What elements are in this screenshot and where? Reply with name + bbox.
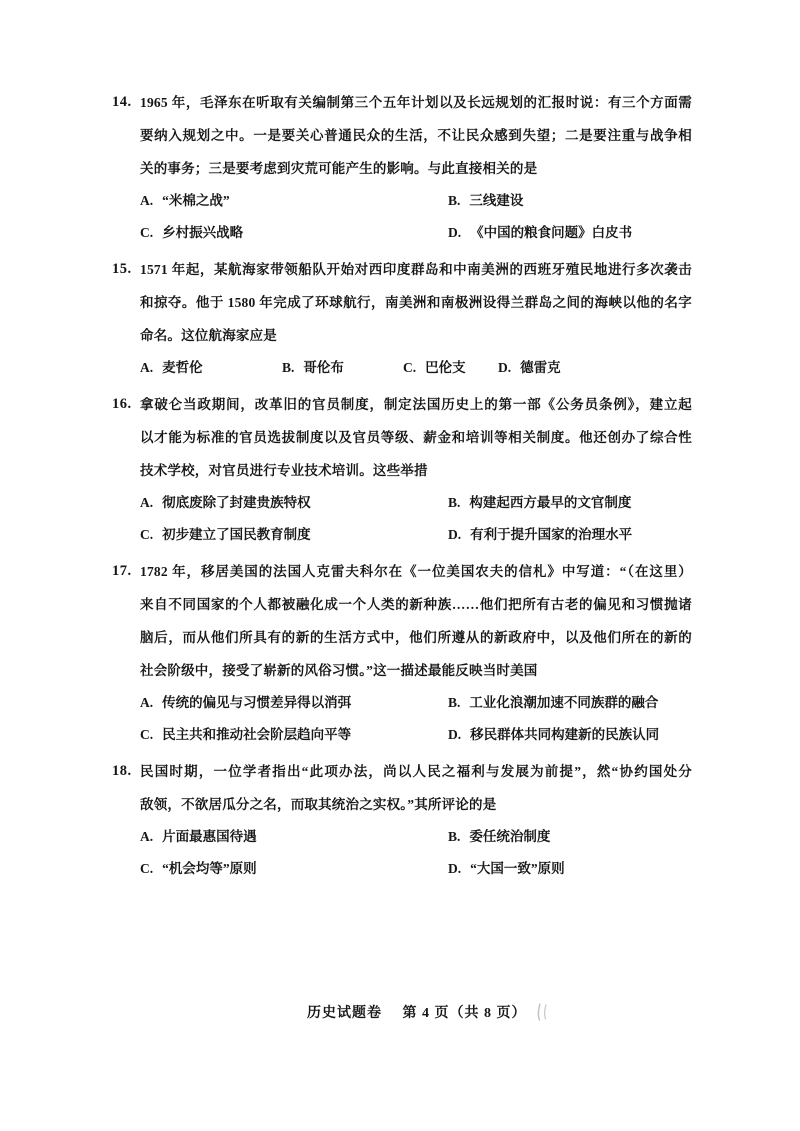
page-footer: 历史试题卷 第 4 页（共 8 页） bbox=[0, 1002, 800, 1022]
stem-line: 命名。这位航海家应是 bbox=[140, 319, 692, 352]
option-label: C. bbox=[403, 352, 416, 384]
option-label: A. bbox=[140, 185, 153, 217]
exam-page: 14.1965 年，毛泽东在听取有关编制第三个五年计划以及长远规划的汇报时说：有… bbox=[0, 0, 800, 1131]
stem-line: 和掠夺。他于 1580 年完成了环球航行，南美洲和南极洲设得兰群岛之间的海峡以他… bbox=[140, 286, 692, 319]
question-stem: 1571 年起，某航海家带领船队开始对西印度群岛和中南美洲的西班牙殖民地进行多次… bbox=[140, 253, 692, 352]
stem-line: 社会阶级中，接受了崭新的风俗习惯。”这一描述最能反映当时美国 bbox=[140, 654, 692, 687]
options: A.片面最惠国待遇B.委任统治制度C.“机会均等”原则D.“大国一致”原则 bbox=[140, 821, 692, 885]
option-row: C.乡村振兴战略D.《中国的粮食问题》白皮书 bbox=[140, 217, 692, 249]
option-text: “米棉之战” bbox=[162, 193, 230, 208]
options: A.“米棉之战”B.三线建设C.乡村振兴战略D.《中国的粮食问题》白皮书 bbox=[140, 185, 692, 249]
option-label: A. bbox=[140, 821, 153, 853]
option-text: “大国一致”原则 bbox=[470, 861, 565, 876]
question-15: 15.1571 年起，某航海家带领船队开始对西印度群岛和中南美洲的西班牙殖民地进… bbox=[140, 253, 692, 384]
stem-line: 关的事务；三是要考虑到灾荒可能产生的影响。与此直接相关的是 bbox=[140, 152, 692, 185]
option-label: B. bbox=[448, 687, 460, 719]
stem-line: 脑后，而从他们所具有的新的生活方式中，他们所遵从的新政府中，以及他们所在的新的 bbox=[140, 621, 692, 654]
option-B: B.哥伦布 bbox=[282, 352, 344, 384]
question-number: 16. bbox=[112, 388, 132, 421]
question-14: 14.1965 年，毛泽东在听取有关编制第三个五年计划以及长远规划的汇报时说：有… bbox=[140, 86, 692, 249]
option-B: B.工业化浪潮加速不同族群的融合 bbox=[448, 687, 658, 719]
option-label: B. bbox=[448, 821, 460, 853]
option-B: B.委任统治制度 bbox=[448, 821, 550, 853]
question-17: 17.1782 年，移居美国的法国人克雷夫科尔在《一位美国农夫的信札》中写道：“… bbox=[140, 555, 692, 751]
paper-title: 历史试题卷 bbox=[307, 1006, 382, 1021]
stem-line: 以才能为标准的官员选拔制度以及官员等级、薪金和培训等相关制度。他还创办了综合性 bbox=[140, 421, 692, 454]
option-label: D. bbox=[448, 217, 461, 249]
stem-line: 拿破仑当政期间，改革旧的官员制度，制定法国历史上的第一部《公务员条例》，建立起 bbox=[140, 388, 692, 421]
stem-line: 1965 年，毛泽东在听取有关编制第三个五年计划以及长远规划的汇报时说：有三个方… bbox=[140, 86, 692, 119]
option-label: D. bbox=[448, 853, 461, 885]
option-C: C.“机会均等”原则 bbox=[140, 853, 257, 885]
question-stem: 民国时期，一位学者指出“此项办法，尚以人民之福利与发展为前提”，然“协约国处分敌… bbox=[140, 755, 692, 821]
option-text: 彻底废除了封建贵族特权 bbox=[162, 495, 311, 510]
option-text: 初步建立了国民教育制度 bbox=[162, 527, 311, 542]
option-label: A. bbox=[140, 352, 153, 384]
option-label: B. bbox=[448, 487, 460, 519]
option-A: A.麦哲伦 bbox=[140, 352, 203, 384]
stem-line: 1782 年，移居美国的法国人克雷夫科尔在《一位美国农夫的信札》中写道：“（在这… bbox=[140, 555, 692, 588]
option-B: B.三线建设 bbox=[448, 185, 523, 217]
option-D: D.德雷克 bbox=[498, 352, 561, 384]
option-text: 委任统治制度 bbox=[469, 829, 550, 844]
option-text: 德雷克 bbox=[520, 360, 561, 375]
stem-line: 来自不同国家的个人都被融化成一个人类的新种族……他们把所有古老的偏见和习惯抛诸 bbox=[140, 588, 692, 621]
option-label: B. bbox=[448, 185, 460, 217]
option-text: 工业化浪潮加速不同族群的融合 bbox=[469, 695, 658, 710]
question-stem: 1782 年，移居美国的法国人克雷夫科尔在《一位美国农夫的信札》中写道：“（在这… bbox=[140, 555, 692, 687]
option-D: D.“大国一致”原则 bbox=[448, 853, 565, 885]
question-stem: 1965 年，毛泽东在听取有关编制第三个五年计划以及长远规划的汇报时说：有三个方… bbox=[140, 86, 692, 185]
option-label: B. bbox=[282, 352, 294, 384]
option-text: 传统的偏见与习惯差异得以消弭 bbox=[162, 695, 351, 710]
option-text: 片面最惠国待遇 bbox=[162, 829, 257, 844]
option-row: A.“米棉之战”B.三线建设 bbox=[140, 185, 692, 217]
option-row: C.“机会均等”原则D.“大国一致”原则 bbox=[140, 853, 692, 885]
options: A.麦哲伦B.哥伦布C.巴伦支D.德雷克 bbox=[140, 352, 692, 384]
options: A.彻底废除了封建贵族特权B.构建起西方最早的文官制度C.初步建立了国民教育制度… bbox=[140, 487, 692, 551]
option-text: 构建起西方最早的文官制度 bbox=[469, 495, 631, 510]
option-label: C. bbox=[140, 519, 153, 551]
option-C: C.民主共和推动社会阶层趋向平等 bbox=[140, 719, 351, 751]
stem-line: 要纳入规划之中。一是要关心普通民众的生活，不让民众感到失望；二是要注重与战争相 bbox=[140, 119, 692, 152]
option-text: 三线建设 bbox=[469, 193, 523, 208]
option-text: “机会均等”原则 bbox=[162, 861, 257, 876]
handwritten-mark-icon bbox=[533, 1003, 557, 1021]
option-text: 有利于提升国家的治理水平 bbox=[470, 527, 632, 542]
option-C: C.初步建立了国民教育制度 bbox=[140, 519, 311, 551]
option-row: C.初步建立了国民教育制度D.有利于提升国家的治理水平 bbox=[140, 519, 692, 551]
option-row: A.传统的偏见与习惯差异得以消弭B.工业化浪潮加速不同族群的融合 bbox=[140, 687, 692, 719]
option-A: A.彻底废除了封建贵族特权 bbox=[140, 487, 311, 519]
question-number: 18. bbox=[112, 755, 132, 788]
option-B: B.构建起西方最早的文官制度 bbox=[448, 487, 631, 519]
footer-text: 历史试题卷 第 4 页（共 8 页） bbox=[307, 1002, 557, 1022]
option-D: D.移民群体共同构建新的民族认同 bbox=[448, 719, 659, 751]
option-row: A.彻底废除了封建贵族特权B.构建起西方最早的文官制度 bbox=[140, 487, 692, 519]
option-text: 移民群体共同构建新的民族认同 bbox=[470, 727, 659, 742]
option-A: A.传统的偏见与习惯差异得以消弭 bbox=[140, 687, 351, 719]
option-A: A.片面最惠国待遇 bbox=[140, 821, 257, 853]
option-text: 麦哲伦 bbox=[162, 360, 203, 375]
options: A.传统的偏见与习惯差异得以消弭B.工业化浪潮加速不同族群的融合C.民主共和推动… bbox=[140, 687, 692, 751]
question-16: 16.拿破仑当政期间，改革旧的官员制度，制定法国历史上的第一部《公务员条例》，建… bbox=[140, 388, 692, 551]
question-list: 14.1965 年，毛泽东在听取有关编制第三个五年计划以及长远规划的汇报时说：有… bbox=[140, 86, 692, 889]
option-text: 《中国的粮食问题》白皮书 bbox=[470, 225, 632, 240]
stem-line: 敌领，不欲居瓜分之名，而取其统治之实权。”其所评论的是 bbox=[140, 788, 692, 821]
stem-line: 民国时期，一位学者指出“此项办法，尚以人民之福利与发展为前提”，然“协约国处分 bbox=[140, 755, 692, 788]
option-row: A.麦哲伦B.哥伦布C.巴伦支D.德雷克 bbox=[140, 352, 692, 384]
option-label: C. bbox=[140, 853, 153, 885]
option-label: A. bbox=[140, 687, 153, 719]
option-label: C. bbox=[140, 719, 153, 751]
question-number: 17. bbox=[112, 555, 132, 588]
option-text: 巴伦支 bbox=[425, 360, 466, 375]
option-C: C.巴伦支 bbox=[403, 352, 466, 384]
option-label: C. bbox=[140, 217, 153, 249]
question-18: 18.民国时期，一位学者指出“此项办法，尚以人民之福利与发展为前提”，然“协约国… bbox=[140, 755, 692, 885]
option-label: D. bbox=[448, 719, 461, 751]
option-label: D. bbox=[498, 352, 511, 384]
option-C: C.乡村振兴战略 bbox=[140, 217, 243, 249]
question-stem: 拿破仑当政期间，改革旧的官员制度，制定法国历史上的第一部《公务员条例》，建立起以… bbox=[140, 388, 692, 487]
question-number: 14. bbox=[112, 86, 132, 119]
option-row: A.片面最惠国待遇B.委任统治制度 bbox=[140, 821, 692, 853]
option-D: D.《中国的粮食问题》白皮书 bbox=[448, 217, 632, 249]
option-text: 民主共和推动社会阶层趋向平等 bbox=[162, 727, 351, 742]
option-D: D.有利于提升国家的治理水平 bbox=[448, 519, 632, 551]
option-A: A.“米棉之战” bbox=[140, 185, 230, 217]
option-text: 乡村振兴战略 bbox=[162, 225, 243, 240]
stem-line: 技术学校，对官员进行专业技术培训。这些举措 bbox=[140, 454, 692, 487]
page-number: 第 4 页（共 8 页） bbox=[403, 1006, 527, 1021]
option-label: A. bbox=[140, 487, 153, 519]
option-row: C.民主共和推动社会阶层趋向平等D.移民群体共同构建新的民族认同 bbox=[140, 719, 692, 751]
option-text: 哥伦布 bbox=[303, 360, 344, 375]
question-number: 15. bbox=[112, 253, 132, 286]
option-label: D. bbox=[448, 519, 461, 551]
stem-line: 1571 年起，某航海家带领船队开始对西印度群岛和中南美洲的西班牙殖民地进行多次… bbox=[140, 253, 692, 286]
